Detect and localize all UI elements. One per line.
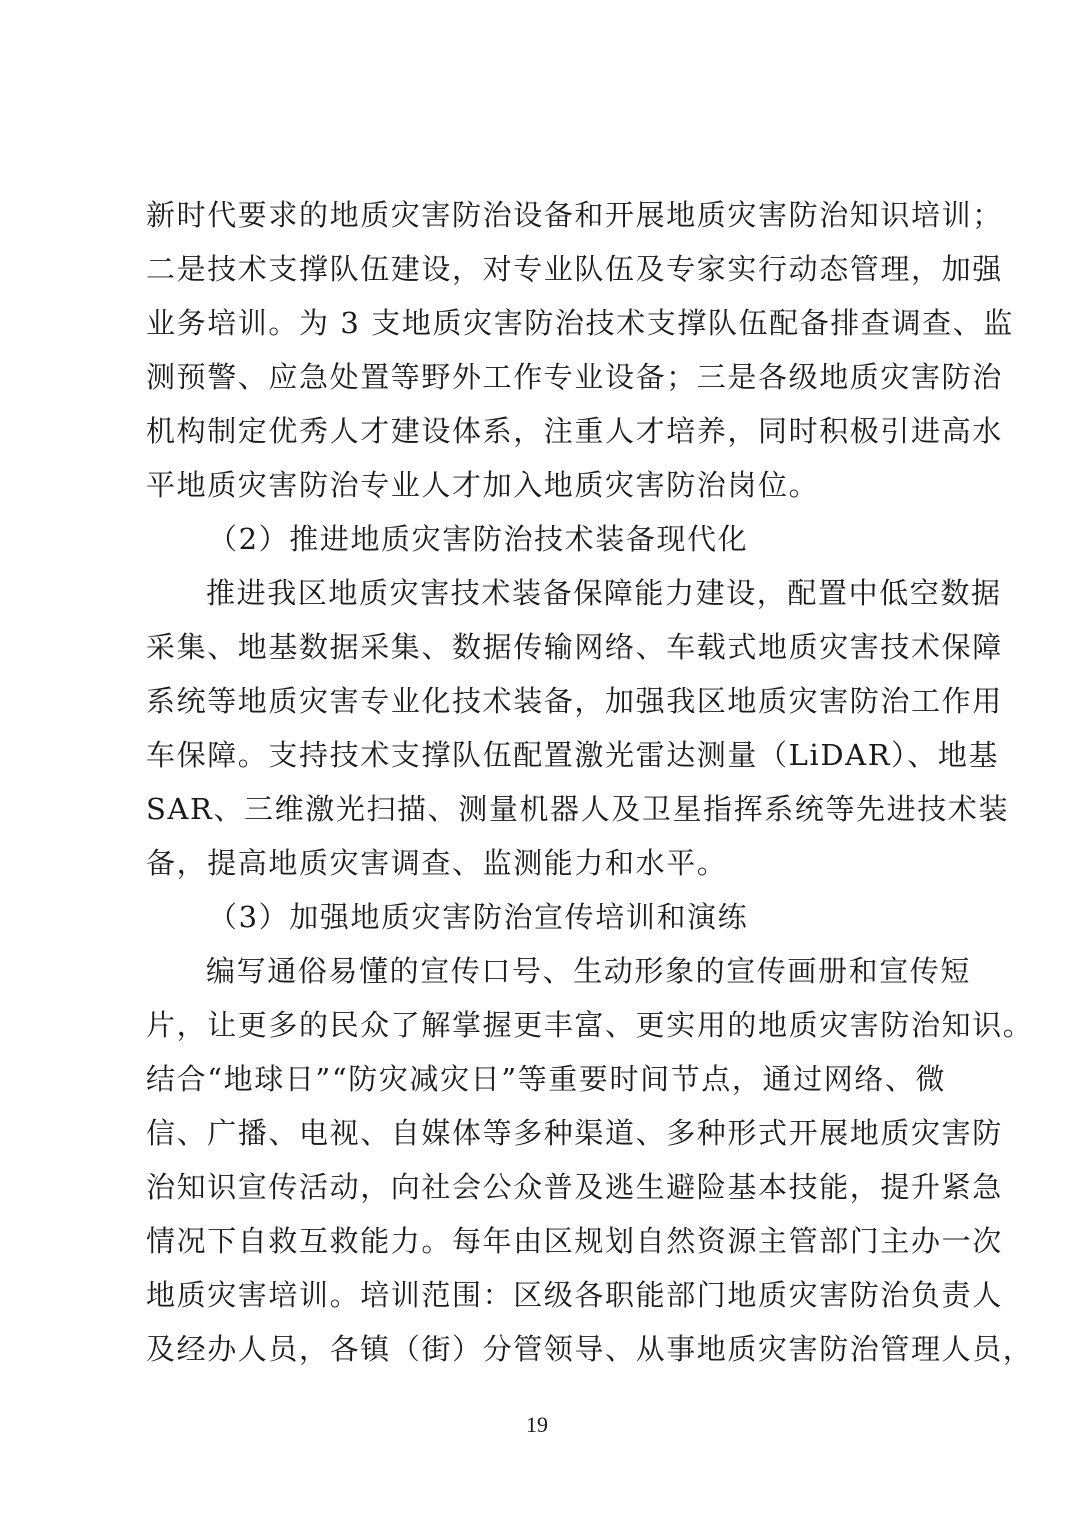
text-line: 新时代要求的地质灾害防治设备和开展地质灾害防治知识培训； xyxy=(146,188,942,242)
section-heading-3: （3）加强地质灾害防治宣传培训和演练 xyxy=(146,890,942,944)
text-line: 信、广播、电视、自媒体等多种渠道、多种形式开展地质灾害防 xyxy=(146,1106,942,1160)
text-line: 情况下自救互救能力。每年由区规划自然资源主管部门主办一次 xyxy=(146,1214,942,1268)
text-line: 推进我区地质灾害技术装备保障能力建设，配置中低空数据 xyxy=(146,566,942,620)
text-line: 业务培训。为 3 支地质灾害防治技术支撑队伍配备排查调查、监 xyxy=(146,296,942,350)
text-line: 采集、地基数据采集、数据传输网络、车载式地质灾害技术保障 xyxy=(146,620,942,674)
text-line: 车保障。支持技术支撑队伍配置激光雷达测量（LiDAR）、地基 xyxy=(146,728,942,782)
text-line: 系统等地质灾害专业化技术装备，加强我区地质灾害防治工作用 xyxy=(146,674,942,728)
paragraph-talent-building: 新时代要求的地质灾害防治设备和开展地质灾害防治知识培训； 二是技术支撑队伍建设，… xyxy=(146,188,942,512)
text-line: 及经办人员，各镇（街）分管领导、从事地质灾害防治管理人员， xyxy=(146,1322,942,1376)
paragraph-equipment-modernization: 推进我区地质灾害技术装备保障能力建设，配置中低空数据 采集、地基数据采集、数据传… xyxy=(146,566,942,890)
text-line: 备，提高地质灾害调查、监测能力和水平。 xyxy=(146,836,942,890)
text-line: 片，让更多的民众了解掌握更丰富、更实用的地质灾害防治知识。 xyxy=(146,998,942,1052)
text-line: 编写通俗易懂的宣传口号、生动形象的宣传画册和宣传短 xyxy=(146,944,942,998)
text-line: 治知识宣传活动，向社会公众普及逃生避险基本技能，提升紧急 xyxy=(146,1160,942,1214)
text-line: 二是技术支撑队伍建设，对专业队伍及专家实行动态管理，加强 xyxy=(146,242,942,296)
text-line: 测预警、应急处置等野外工作专业设备；三是各级地质灾害防治 xyxy=(146,350,942,404)
page-number: 19 xyxy=(0,1412,1074,1438)
text-line: 机构制定优秀人才建设体系，注重人才培养，同时积极引进高水 xyxy=(146,404,942,458)
text-line: 结合“地球日”“防灾减灾日”等重要时间节点，通过网络、微 xyxy=(146,1052,942,1106)
text-line: 平地质灾害防治专业人才加入地质灾害防治岗位。 xyxy=(146,458,942,512)
section-heading-2: （2）推进地质灾害防治技术装备现代化 xyxy=(146,512,942,566)
text-line: SAR、三维激光扫描、测量机器人及卫星指挥系统等先进技术装 xyxy=(146,782,942,836)
paragraph-publicity-training: 编写通俗易懂的宣传口号、生动形象的宣传画册和宣传短 片，让更多的民众了解掌握更丰… xyxy=(146,944,942,1376)
text-line: 地质灾害培训。培训范围：区级各职能部门地质灾害防治负责人 xyxy=(146,1268,942,1322)
document-page: 新时代要求的地质灾害防治设备和开展地质灾害防治知识培训； 二是技术支撑队伍建设，… xyxy=(146,188,942,1376)
